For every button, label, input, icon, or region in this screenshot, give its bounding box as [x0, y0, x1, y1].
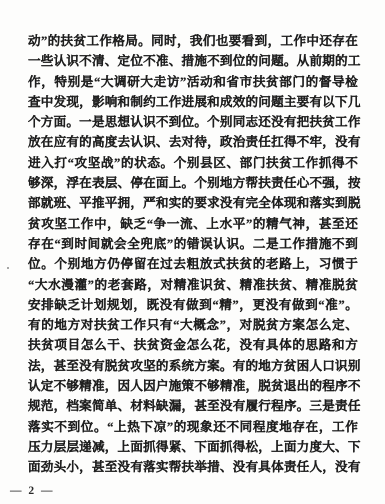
text-line: 认定不够精准，因人因户施策不够精准，脱贫退出的程序不 [28, 376, 358, 396]
text-line: 进入打“攻坚战”的状态。个别县区、部门扶贫工作抓得不 [28, 153, 358, 173]
text-line: 放在应有的高度去认识、去对待，政治责任扛得不牢，没有 [28, 132, 358, 152]
text-line: 落实不到位。“上热下凉”的现象还不同程度地存在，工作 [28, 417, 358, 437]
text-line: 安排缺乏计划规划，既没有做到“精”，更没有做到“准”。 [28, 295, 358, 315]
text-line: 有的地方对扶贫工作只有“大概念”，对脱贫方案怎么定、 [28, 315, 358, 335]
text-line: 扶贫项目怎么干、扶贫资金怎么花，没有具体的思路和方 [28, 335, 358, 355]
text-line: 面劲头小，甚至没有落实帮扶举措、没有具体责任人，没有 [28, 457, 358, 477]
scan-speck [7, 267, 9, 269]
page-number: — 2 — [10, 485, 55, 497]
text-line: 规范，档案简单、材料缺漏，甚至没有履行程序。三是责任 [28, 396, 358, 416]
text-line: 压力层层递减，上面抓得紧、下面抓得松，上面力度大、下 [28, 437, 358, 457]
body-text: 动”的扶贫工作格局。同时，我们也要看到，工作中还存在 一些认识不清、定位不准、措… [28, 31, 358, 478]
text-line: 存在“到时间就会全兜底”的错误认识。二是工作措施不到 [28, 234, 358, 254]
text-line: “大水漫灌”的老套路，对精准识贫、精准扶贫、精准脱贫 [28, 275, 358, 295]
text-line: 贫攻坚工作中，缺乏“争一流、上水平”的精气神，甚至还 [28, 214, 358, 234]
text-line: 够深，浮在表层、停在面上。个别地方帮扶责任心不强，按 [28, 173, 358, 193]
text-line: 动”的扶贫工作格局。同时，我们也要看到，工作中还存在 [28, 31, 358, 51]
text-line: 个方面。一是思想认识不到位。个别同志还没有把扶贫工作 [28, 112, 358, 132]
text-line: 法，甚至没有脱贫攻坚的系统方案。有的地方贫困人口识别 [28, 356, 358, 376]
text-line: 查中发现，影响和制约工作进展和成效的问题主要有以下几 [28, 92, 358, 112]
text-line: 一些认识不清、定位不准、措施不到位的问题。从前期的工 [28, 51, 358, 71]
text-line: 位。个别地方仍停留在过去粗放式扶贫的老路上，习惯于 [28, 254, 358, 274]
text-line: 作，特别是“大调研大走访”活动和省市扶贫部门的督导检 [28, 72, 358, 92]
text-line: 部就班、平推平拥，严和实的要求没有完全体现和落实到脱 [28, 193, 358, 213]
document-page: 动”的扶贫工作格局。同时，我们也要看到，工作中还存在 一些认识不清、定位不准、措… [0, 0, 385, 504]
